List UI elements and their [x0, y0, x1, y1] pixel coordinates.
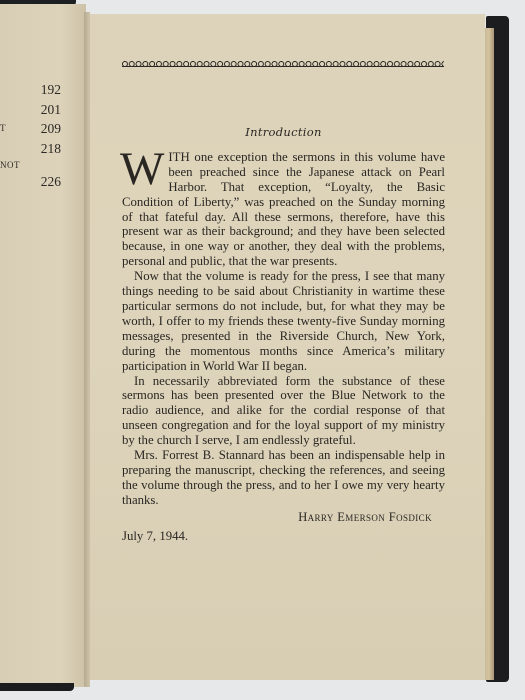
toc-entry: 201	[24, 100, 84, 120]
author-signature: Harry Emerson Fosdick	[122, 510, 432, 525]
page-block-edge	[484, 28, 494, 680]
date-line: July 7, 1944.	[122, 529, 445, 544]
toc-page-number: 226	[41, 172, 61, 192]
paragraph-text: ITH one exception the sermons in this vo…	[122, 150, 445, 268]
toc-page-number: 209	[41, 119, 61, 139]
page-title: Introduction	[122, 125, 445, 140]
left-cover-bottom	[0, 683, 74, 691]
decorative-border-ornament	[122, 58, 444, 67]
toc-entry: T 209	[24, 119, 84, 139]
toc-page-number: 192	[41, 80, 61, 100]
drop-cap: W	[120, 151, 164, 187]
toc-page-number: 201	[41, 100, 61, 120]
table-of-contents-fragment: 192 201 T 209 218 NOT 226	[24, 80, 84, 192]
toc-title-fragment: NOT	[0, 158, 20, 172]
paragraph: WITH one exception the sermons in this v…	[122, 150, 445, 269]
toc-page-number: 218	[41, 139, 61, 159]
book-gutter	[84, 12, 90, 687]
toc-entry: 226	[24, 172, 84, 192]
toc-entry: 218	[24, 139, 84, 159]
paragraph: In necessarily abbreviated form the subs…	[122, 374, 445, 449]
toc-entry: NOT	[24, 158, 84, 172]
introduction-body: Introduction WITH one exception the serm…	[122, 125, 445, 543]
toc-entry: 192	[24, 80, 84, 100]
toc-title-fragment: T	[0, 119, 6, 139]
paragraph: Mrs. Forrest B. Stannard has been an ind…	[122, 448, 445, 508]
paragraph: Now that the volume is ready for the pre…	[122, 269, 445, 373]
